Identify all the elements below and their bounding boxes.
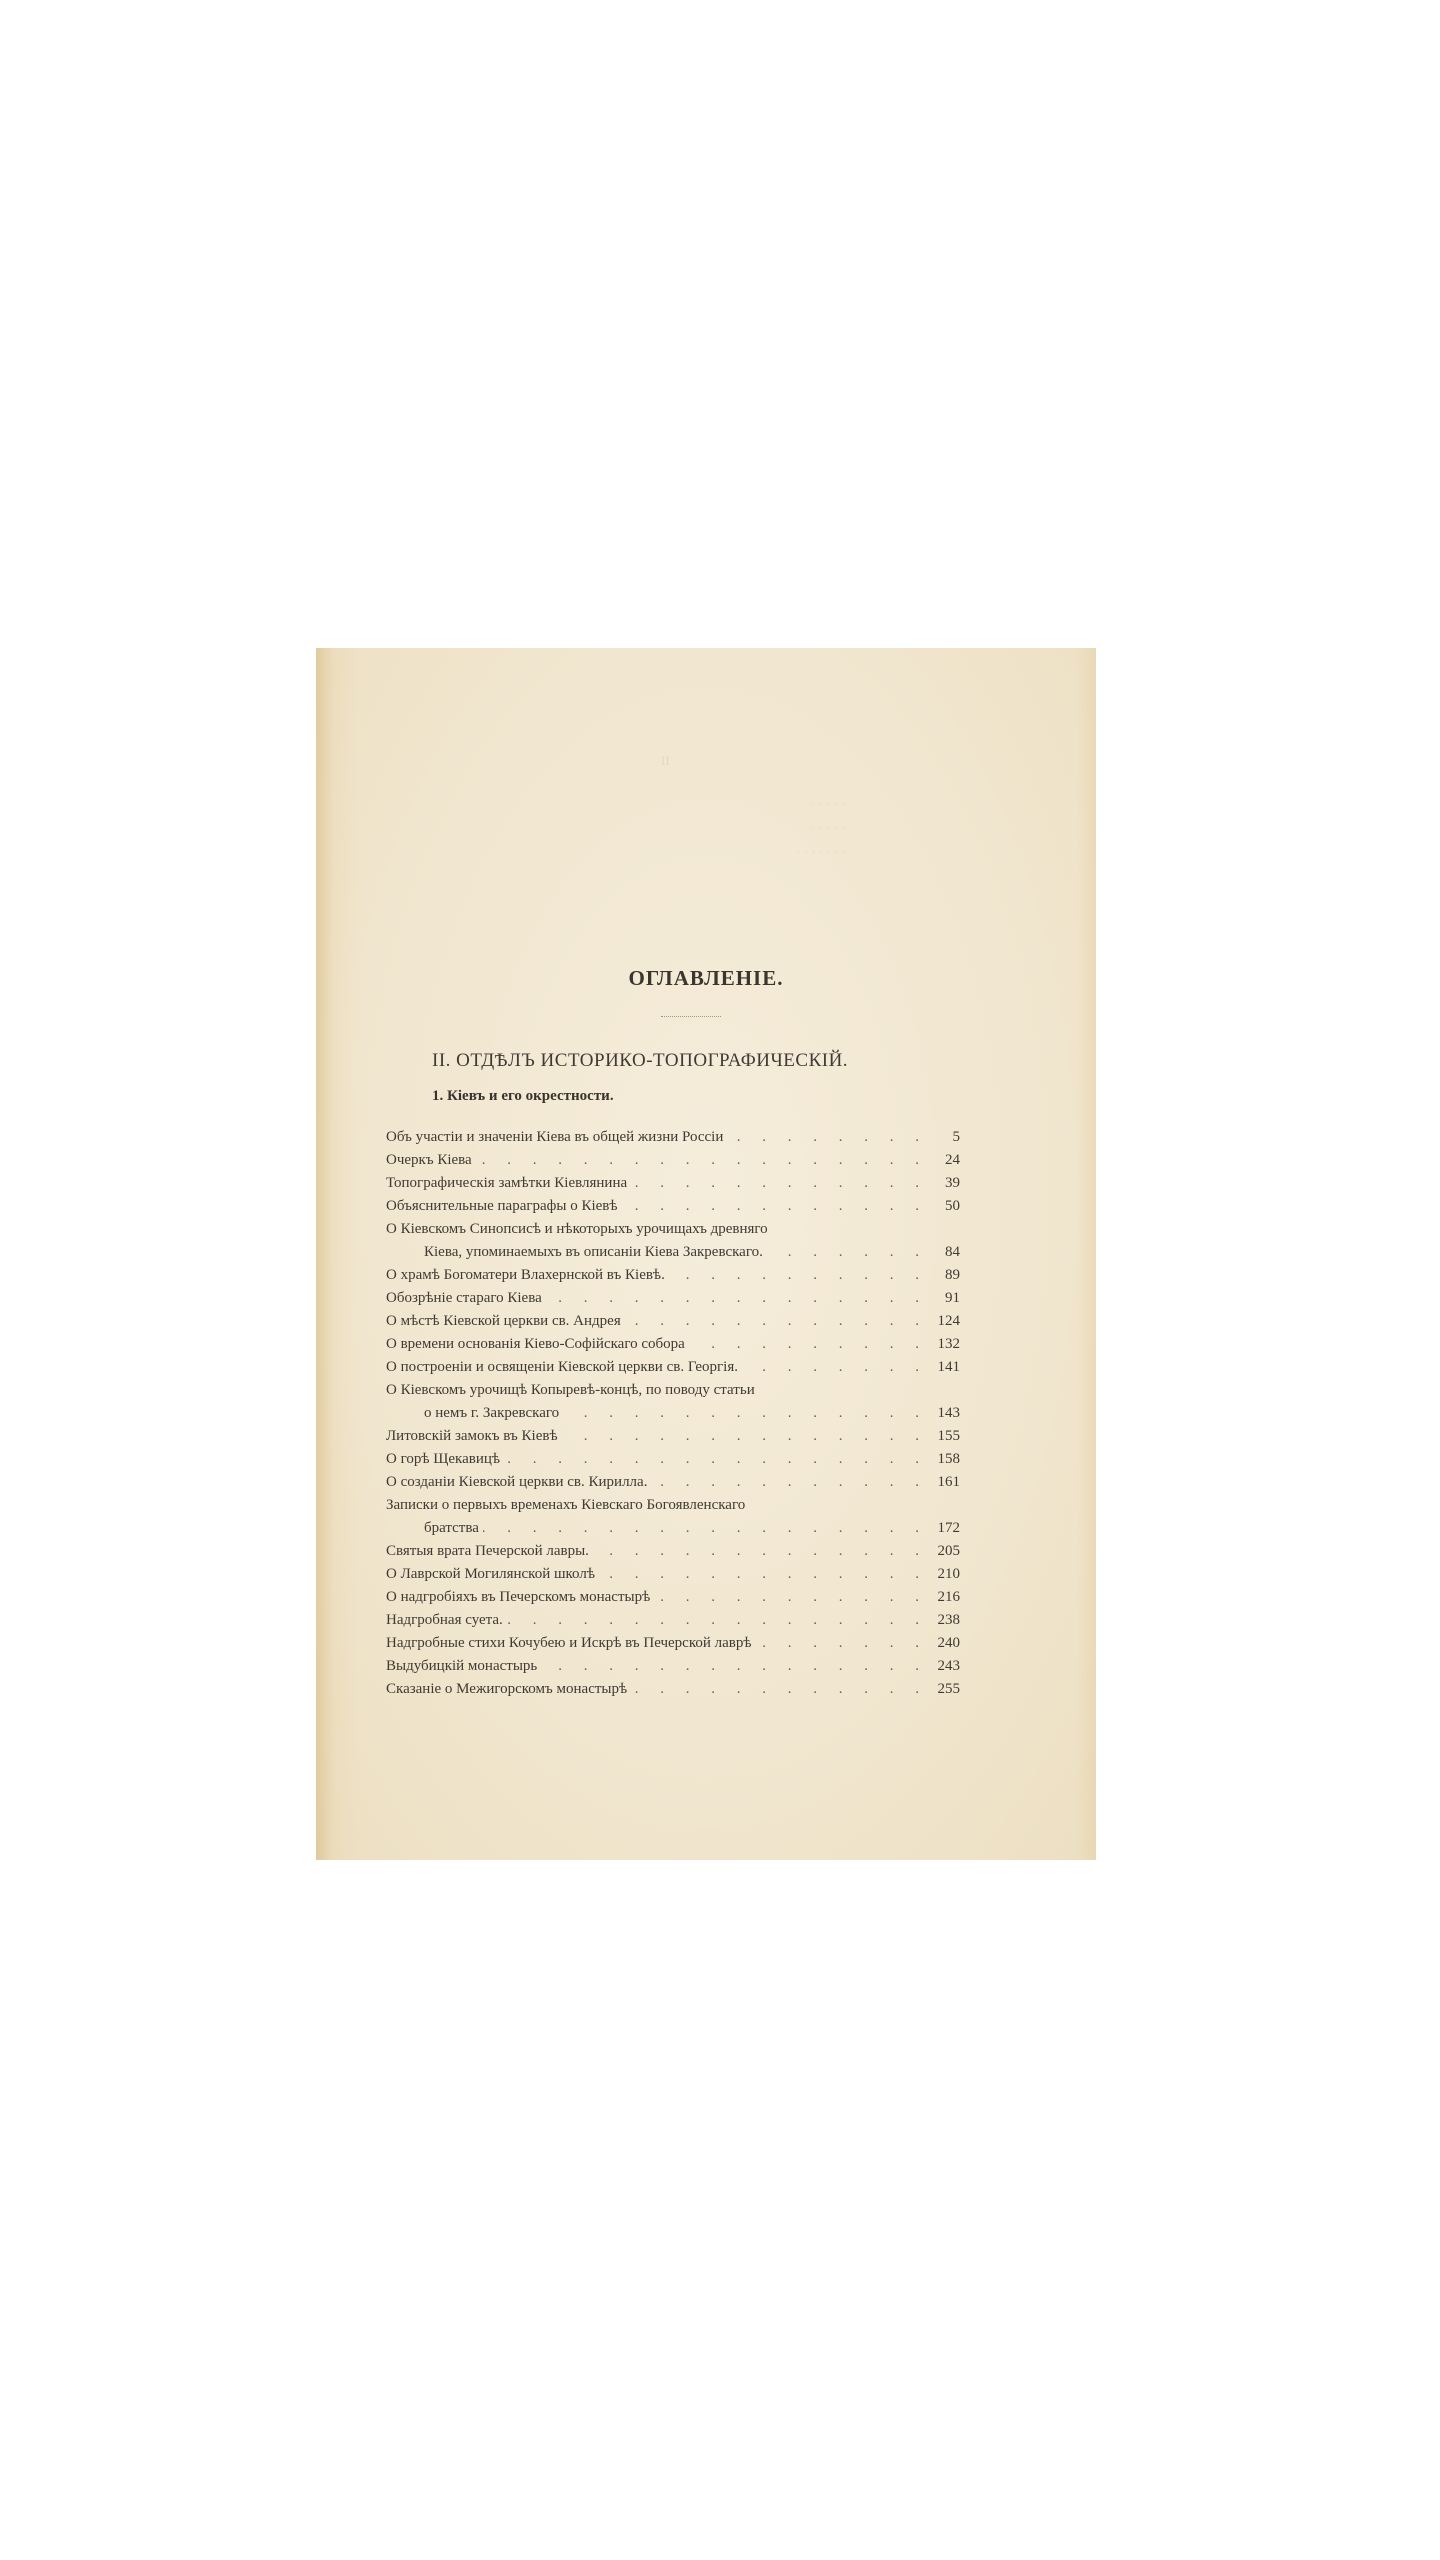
dot-leader: . . . . . . . . . . . . . . . . . . . . … bbox=[541, 1655, 928, 1678]
toc-page-number: 161 bbox=[932, 1471, 960, 1494]
toc-entry-title: Литовскій замокъ въ Кіевѣ bbox=[386, 1425, 558, 1448]
toc-entry: Сказаніе о Межигорскомъ монастырѣ. . . .… bbox=[386, 1678, 960, 1701]
dot-leader: . . . . . . . . . . . . . . . . . . . . … bbox=[546, 1287, 928, 1310]
toc-page-number: 205 bbox=[932, 1540, 960, 1563]
toc-entry-title: О храмѣ Богоматери Влахернской въ Кіевѣ. bbox=[386, 1264, 665, 1287]
toc-entry-title: Объяснительные параграфы о Кіевѣ bbox=[386, 1195, 618, 1218]
dot-leader: . . . . . . . . . . . . . . . . . . . . … bbox=[767, 1241, 928, 1264]
dot-leader: . . . . . . . . . . . . . . . . . . . . … bbox=[756, 1632, 928, 1655]
bleed-through-text: · · · · · · · bbox=[796, 844, 846, 860]
dot-leader: . . . . . . . . . . . . . . . . . . . . … bbox=[669, 1264, 928, 1287]
toc-entry: О Лаврской Могилянской школѣ. . . . . . … bbox=[386, 1563, 960, 1586]
toc-entry-title: О надгробіяхъ въ Печерскомъ монастырѣ bbox=[386, 1586, 650, 1609]
toc-page-number: 89 bbox=[932, 1264, 960, 1287]
bleed-through-text: · · · · · bbox=[811, 820, 846, 836]
dot-leader: . . . . . . . . . . . . . . . . . . . . … bbox=[593, 1540, 928, 1563]
toc-entry: Надгробные стихи Кочубею и Искрѣ въ Пече… bbox=[386, 1632, 960, 1655]
toc-page-number: 39 bbox=[932, 1172, 960, 1195]
toc-entry-title: О построеніи и освященіи Кіевской церкви… bbox=[386, 1356, 738, 1379]
toc-entry-title-cont: Кіева, упоминаемыхъ въ описаніи Кіева За… bbox=[424, 1241, 763, 1264]
table-of-contents: Объ участіи и значеніи Кіева въ общей жи… bbox=[386, 1126, 960, 1701]
toc-page-number: 141 bbox=[932, 1356, 960, 1379]
toc-entry: О мѣстѣ Кіевской церкви св. Андрея. . . … bbox=[386, 1310, 960, 1333]
toc-entry-title: Святыя врата Печерской лавры. bbox=[386, 1540, 589, 1563]
dot-leader: . . . . . . . . . . . . . . . . . . . . … bbox=[504, 1448, 928, 1471]
dot-leader: . . . . . . . . . . . . . . . . . . . . … bbox=[631, 1172, 928, 1195]
bleed-through-text: · · · · · bbox=[811, 796, 846, 812]
toc-page-number: 216 bbox=[932, 1586, 960, 1609]
toc-page-number: 210 bbox=[932, 1563, 960, 1586]
dot-leader: . . . . . . . . . . . . . . . . . . . . … bbox=[483, 1517, 928, 1540]
toc-page-number: 155 bbox=[932, 1425, 960, 1448]
toc-entry-title: О Кіевскомъ урочищѣ Копыревѣ-концѣ, по п… bbox=[386, 1379, 960, 1402]
toc-entry-title: Выдубицкій монастырь bbox=[386, 1655, 537, 1678]
toc-page-number: 124 bbox=[932, 1310, 960, 1333]
toc-entry: О Кіевскомъ урочищѣ Копыревѣ-концѣ, по п… bbox=[386, 1379, 960, 1425]
toc-entry: О Кіевскомъ Синопсисѣ и нѣкоторыхъ урочи… bbox=[386, 1218, 960, 1264]
toc-entry: Выдубицкій монастырь. . . . . . . . . . … bbox=[386, 1655, 960, 1678]
toc-page-number: 255 bbox=[932, 1678, 960, 1701]
toc-entry: Записки о первыхъ временахъ Кіевскаго Бо… bbox=[386, 1494, 960, 1540]
toc-entry-title: Обозрѣніе стараго Кіева bbox=[386, 1287, 542, 1310]
dot-leader: . . . . . . . . . . . . . . . . . . . . … bbox=[562, 1425, 928, 1448]
bleed-through-text: II bbox=[661, 753, 670, 769]
section-heading: II. ОТДѢЛЪ ИСТОРИКО-ТОПОГРАФИЧЕСКІЙ. bbox=[432, 1050, 848, 1072]
subsection-heading: 1. Кіевъ и его окрестности. bbox=[432, 1088, 614, 1105]
toc-entry: Святыя врата Печерской лавры.. . . . . .… bbox=[386, 1540, 960, 1563]
toc-entry-title: Записки о первыхъ временахъ Кіевскаго Бо… bbox=[386, 1494, 960, 1517]
toc-entry-title: Надгробная суета. bbox=[386, 1609, 503, 1632]
book-page: II · · · · · · · · · · · · · · · · · ОГЛ… bbox=[316, 648, 1096, 1860]
toc-entry: Обозрѣніе стараго Кіева. . . . . . . . .… bbox=[386, 1287, 960, 1310]
dot-leader: . . . . . . . . . . . . . . . . . . . . … bbox=[507, 1609, 928, 1632]
toc-entry-title: О времени основанія Кіево-Софійскаго соб… bbox=[386, 1333, 685, 1356]
toc-entry-title: Топографическія замѣтки Кіевлянина bbox=[386, 1172, 627, 1195]
toc-entry-title: О Кіевскомъ Синопсисѣ и нѣкоторыхъ урочи… bbox=[386, 1218, 960, 1241]
toc-page-number: 84 bbox=[932, 1241, 960, 1264]
toc-page-number: 143 bbox=[932, 1402, 960, 1425]
toc-entry-title: Очеркъ Кіева bbox=[386, 1149, 472, 1172]
toc-entry: О надгробіяхъ въ Печерскомъ монастырѣ. .… bbox=[386, 1586, 960, 1609]
toc-entry-title: О горѣ Щекавицѣ bbox=[386, 1448, 500, 1471]
dot-leader: . . . . . . . . . . . . . . . . . . . . … bbox=[599, 1563, 928, 1586]
dot-leader: . . . . . . . . . . . . . . . . . . . . … bbox=[476, 1149, 928, 1172]
toc-entry-title: Объ участіи и значеніи Кіева въ общей жи… bbox=[386, 1126, 723, 1149]
page-title: ОГЛАВЛЕНІЕ. bbox=[316, 966, 1096, 991]
dot-leader: . . . . . . . . . . . . . . . . . . . . … bbox=[625, 1310, 928, 1333]
toc-entry: О времени основанія Кіево-Софійскаго соб… bbox=[386, 1333, 960, 1356]
toc-page-number: 50 bbox=[932, 1195, 960, 1218]
toc-entry: Литовскій замокъ въ Кіевѣ. . . . . . . .… bbox=[386, 1425, 960, 1448]
toc-entry-title-cont: о немъ г. Закревскаго bbox=[424, 1402, 559, 1425]
toc-entry-title: Сказаніе о Межигорскомъ монастырѣ bbox=[386, 1678, 627, 1701]
dot-leader: . . . . . . . . . . . . . . . . . . . . … bbox=[651, 1471, 928, 1494]
dot-leader: . . . . . . . . . . . . . . . . . . . . … bbox=[654, 1586, 928, 1609]
toc-page-number: 132 bbox=[932, 1333, 960, 1356]
toc-entry: Очеркъ Кіева. . . . . . . . . . . . . . … bbox=[386, 1149, 960, 1172]
toc-entry: Объяснительные параграфы о Кіевѣ. . . . … bbox=[386, 1195, 960, 1218]
dot-leader: . . . . . . . . . . . . . . . . . . . . … bbox=[622, 1195, 928, 1218]
toc-page-number: 91 bbox=[932, 1287, 960, 1310]
toc-page-number: 5 bbox=[932, 1126, 960, 1149]
toc-entry-title: Надгробные стихи Кочубею и Искрѣ въ Пече… bbox=[386, 1632, 752, 1655]
toc-entry: Топографическія замѣтки Кіевлянина. . . … bbox=[386, 1172, 960, 1195]
toc-entry-title: О Лаврской Могилянской школѣ bbox=[386, 1563, 595, 1586]
toc-page-number: 238 bbox=[932, 1609, 960, 1632]
toc-entry: О созданіи Кіевской церкви св. Кирилла..… bbox=[386, 1471, 960, 1494]
dot-leader: . . . . . . . . . . . . . . . . . . . . … bbox=[742, 1356, 928, 1379]
toc-entry-title: О созданіи Кіевской церкви св. Кирилла. bbox=[386, 1471, 647, 1494]
toc-page-number: 240 bbox=[932, 1632, 960, 1655]
toc-entry: О горѣ Щекавицѣ. . . . . . . . . . . . .… bbox=[386, 1448, 960, 1471]
toc-entry-title-cont: братства bbox=[424, 1517, 479, 1540]
toc-page-number: 243 bbox=[932, 1655, 960, 1678]
toc-entry: Надгробная суета.. . . . . . . . . . . .… bbox=[386, 1609, 960, 1632]
toc-entry: О построеніи и освященіи Кіевской церкви… bbox=[386, 1356, 960, 1379]
toc-entry: Объ участіи и значеніи Кіева въ общей жи… bbox=[386, 1126, 960, 1149]
toc-entry: О храмѣ Богоматери Влахернской въ Кіевѣ.… bbox=[386, 1264, 960, 1287]
dot-leader: . . . . . . . . . . . . . . . . . . . . … bbox=[689, 1333, 928, 1356]
dot-leader: . . . . . . . . . . . . . . . . . . . . … bbox=[563, 1402, 928, 1425]
title-ornament-divider bbox=[661, 1016, 721, 1019]
toc-page-number: 172 bbox=[932, 1517, 960, 1540]
dot-leader: . . . . . . . . . . . . . . . . . . . . … bbox=[727, 1126, 928, 1149]
toc-page-number: 158 bbox=[932, 1448, 960, 1471]
dot-leader: . . . . . . . . . . . . . . . . . . . . … bbox=[631, 1678, 928, 1701]
toc-page-number: 24 bbox=[932, 1149, 960, 1172]
toc-entry-title: О мѣстѣ Кіевской церкви св. Андрея bbox=[386, 1310, 621, 1333]
